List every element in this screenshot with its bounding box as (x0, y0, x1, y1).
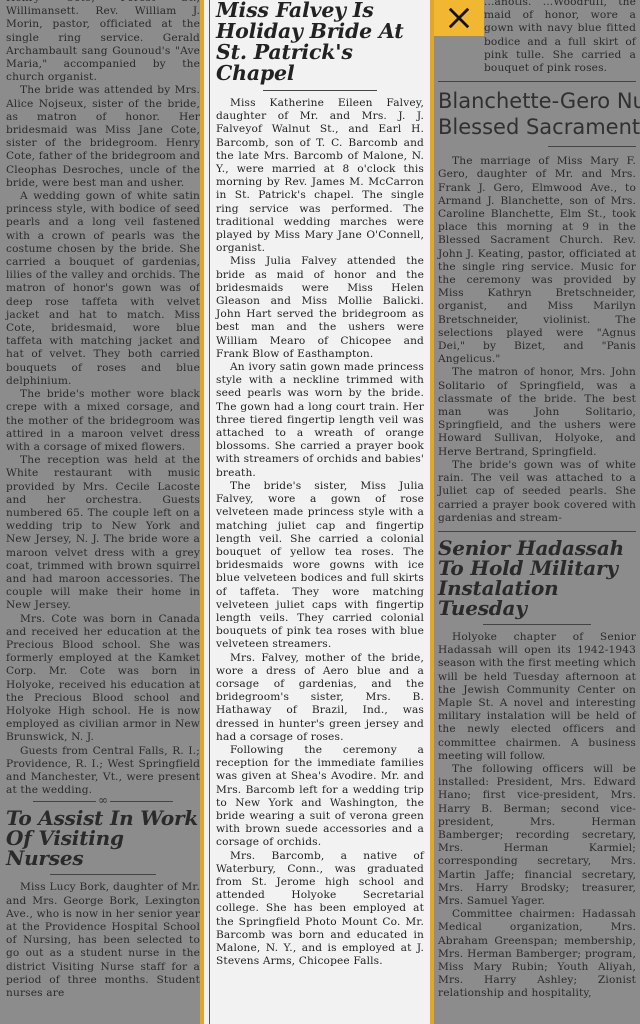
nurses-headline: To Assist In Work Of Visiting Nurses (6, 808, 200, 868)
article-paragraph: ...anotis. ...Woodruff, the maid of hono… (484, 0, 636, 75)
headline-rule (548, 146, 636, 147)
right-column-articles: ...anotis. ...Woodruff, the maid of hono… (434, 0, 640, 1024)
article-paragraph: A wedding gown of white satin princess s… (6, 190, 200, 388)
article-headline: Miss Falvey Is Holiday Bride At St. Patr… (216, 0, 424, 84)
article-paragraph: The bride's gown was of white rain. The … (438, 459, 636, 525)
article-paragraph: Mrs. Falvey, mother of the bride, wore a… (216, 652, 424, 744)
article-paragraph: An ivory satin gown made princess style … (216, 361, 424, 480)
blanchette-headline: Blanchette-Gero Nu Blessed Sacrament C (438, 88, 636, 140)
headline-rule (483, 624, 592, 625)
close-icon (448, 7, 470, 29)
article-paragraph: The bride's mother wore black crepe with… (6, 388, 200, 454)
headline-rule (263, 90, 377, 91)
section-divider (438, 531, 636, 532)
article-paragraph: The matron of honor, Mrs. John Solitario… (438, 366, 636, 458)
article-paragraph: Mrs. Barcomb, a native of Waterbury, Con… (216, 850, 424, 969)
article-paragraph: Following the ceremony a reception for t… (216, 744, 424, 850)
article-paragraph: The bride's sister, Miss Julia Falvey, w… (216, 480, 424, 652)
headline-line: Blessed Sacrament C (438, 114, 636, 140)
article-paragraph: Miss Lucy Bork, daughter of Mr. and Mrs.… (6, 881, 200, 1000)
section-divider (438, 81, 636, 82)
cote-wedding-article: Henry Cote, Forest St., Willimansett. Re… (6, 0, 200, 797)
highlighted-article[interactable]: Miss Falvey Is Holiday Bride At St. Patr… (200, 0, 434, 1024)
article-paragraph: Miss Julia Falvey attended the bride as … (216, 255, 424, 361)
article-paragraph: The bride was attended by Mrs. Alice Noj… (6, 84, 200, 190)
article-paragraph: Committee chairmen: Hadassah Medical org… (438, 908, 636, 1000)
article-paragraph: The marriage of Miss Mary F. Gero, daugh… (438, 155, 636, 366)
headline-line: Blanchette-Gero Nu (438, 88, 636, 114)
hadassah-headline: Senior Hadassah To Hold Military Instala… (438, 538, 636, 618)
headline-rule (50, 874, 157, 875)
ornament-divider (33, 801, 173, 802)
article-paragraph: Holyoke chapter of Senior Hadassah will … (438, 631, 636, 763)
close-button[interactable] (434, 0, 484, 36)
article-paragraph: The following officers will be installed… (438, 763, 636, 908)
article-paragraph: The reception was held at the White rest… (6, 454, 200, 612)
article-paragraph: Henry Cote, Forest St., Willimansett. Re… (6, 0, 200, 84)
article-paragraph: Mrs. Cote was born in Canada and receive… (6, 613, 200, 745)
left-column-article: Henry Cote, Forest St., Willimansett. Re… (0, 0, 200, 1024)
article-paragraph: Guests from Central Falls, R. I.; Provid… (6, 745, 200, 798)
article-paragraph: Miss Katherine Eileen Falvey, daughter o… (216, 97, 424, 255)
